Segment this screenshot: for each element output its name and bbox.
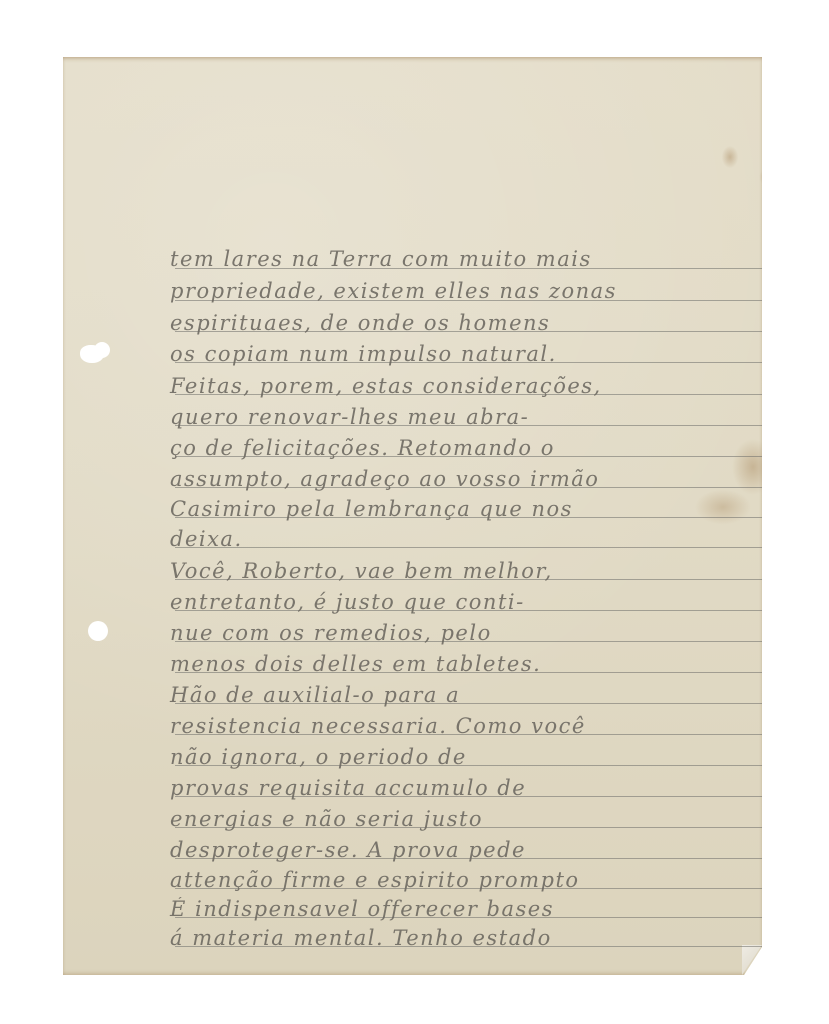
line-content: provas requisita accumulo de [170,776,526,800]
line-content: Você, Roberto, vae bem melhor, [170,559,553,583]
line-content: menos dois delles em tabletes. [170,652,541,676]
text-line: nue com os remedios, pelo [170,621,760,645]
text-line: quero renovar-lhes meu abra- [170,405,760,429]
text-line: os copiam num impulso natural. [170,342,760,366]
text-line: provas requisita accumulo de [170,776,760,800]
line-content: tem lares na Terra com muito mais [170,247,592,271]
line-content: É indispensavel offerecer bases [170,897,554,921]
line-content: attenção firme e espirito prompto [170,868,580,892]
punch-hole-top [80,345,104,363]
text-line: attenção firme e espirito prompto [170,868,760,892]
punch-hole-bottom [88,621,108,641]
line-content: propriedade, existem elles nas zonas [170,279,617,303]
line-content: desproteger-se. A prova pede [170,838,526,862]
text-line: energias e não seria justo [170,807,760,831]
text-line: assumpto, agradeço ao vosso irmão [170,467,760,491]
text-line: Casimiro pela lembrança que nos [170,497,760,521]
line-content: energias e não seria justo [170,807,483,831]
text-line: espirituaes, de onde os homens [170,311,760,335]
text-line: Hão de auxilial-o para a [170,683,760,707]
text-line: Feitas, porem, estas considerações, [170,374,760,398]
line-content: Feitas, porem, estas considerações, [170,374,602,398]
text-line: resistencia necessaria. Como você [170,714,760,738]
text-line: não ignora, o periodo de [170,745,760,769]
line-content: entretanto, é justo que conti- [170,590,525,614]
line-content: não ignora, o periodo de [170,745,467,769]
text-line: menos dois delles em tabletes. [170,652,760,676]
text-line: Você, Roberto, vae bem melhor, [170,559,760,583]
line-content: nue com os remedios, pelo [170,621,492,645]
text-line: tem lares na Terra com muito mais [170,247,760,271]
line-content: resistencia necessaria. Como você [170,714,586,738]
text-line: entretanto, é justo que conti- [170,590,760,614]
line-content: ço de felicitações. Retomando o [170,436,555,460]
text-line: deixa. [170,527,760,551]
line-content: deixa. [170,527,243,551]
line-content: assumpto, agradeço ao vosso irmão [170,467,599,491]
line-content: Hão de auxilial-o para a [170,683,460,707]
text-line: É indispensavel offerecer bases [170,897,760,921]
line-content: espirituaes, de onde os homens [170,311,550,335]
text-line: desproteger-se. A prova pede [170,838,760,862]
line-content: os copiam num impulso natural. [170,342,557,366]
line-content: á materia mental. Tenho estado [170,926,552,950]
line-content: quero renovar-lhes meu abra- [170,405,529,429]
text-line: propriedade, existem elles nas zonas [170,279,760,303]
text-line: ço de felicitações. Retomando o [170,436,760,460]
line-content: Casimiro pela lembrança que nos [170,497,573,521]
text-line: á materia mental. Tenho estado [170,926,760,950]
